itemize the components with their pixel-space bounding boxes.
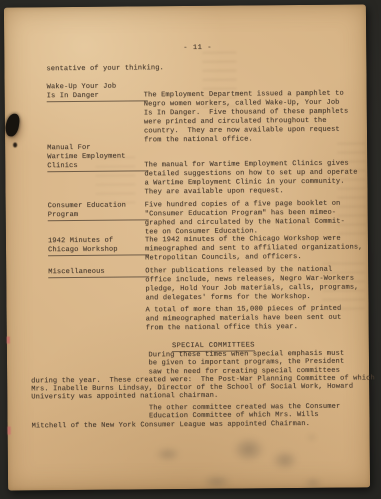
page-number: - 11 - xyxy=(183,44,212,52)
bleed-through-ghost-text xyxy=(202,52,237,112)
text-line: Is In Danger xyxy=(47,91,148,102)
bleed-through-ghost-text xyxy=(337,142,366,237)
smudge-mark xyxy=(266,446,304,474)
text-line: Miscellaneous xyxy=(48,267,149,278)
text-line: Program xyxy=(48,210,149,221)
smudge-mark xyxy=(226,431,272,467)
special-committees-paragraph-2: The other committee created was the Cons… xyxy=(31,403,340,431)
red-edge-mark xyxy=(8,427,11,435)
ink-stain xyxy=(4,113,20,138)
bleed-through-ghost-text xyxy=(322,262,364,310)
text-line: University was appointed national chairm… xyxy=(31,391,375,402)
smudge-mark xyxy=(150,444,186,464)
smudge-mark xyxy=(300,476,326,490)
smudge-mark xyxy=(196,472,238,492)
document-page: - 11 - sentative of your thinking. Wake-… xyxy=(4,4,370,490)
text-line: Chicago Workshop xyxy=(48,245,149,256)
text-line: Metropolitan Councils, and officers. xyxy=(145,252,363,263)
text-line: They are available upon request. xyxy=(144,187,357,198)
entry-heading-miscellaneous: Miscellaneous xyxy=(48,267,149,278)
ink-stain-dot xyxy=(13,142,17,147)
red-edge-mark xyxy=(7,337,10,344)
special-committees-paragraph-1: During these times when special emphasis… xyxy=(31,349,375,402)
totals-paragraph: A total of more than 15,000 pieces of pr… xyxy=(146,305,342,334)
entry-body-manual-for-wartime-employment-clinics: The manual for Wartime Employment Clinic… xyxy=(144,160,357,198)
text-line: from the national office. xyxy=(144,135,349,146)
bleed-through-ghost-text xyxy=(95,156,135,206)
scanner-background: - 11 - sentative of your thinking. Wake-… xyxy=(0,0,381,499)
entry-body-wake-up-your-job: The Employment Department issued a pamph… xyxy=(144,90,349,146)
entry-body-1942-minutes-of-chicago-workshop: The 1942 minutes of the Chicago Workshop… xyxy=(145,234,363,263)
entry-heading-wake-up-your-job: Wake-Up Your JobIs In Danger xyxy=(47,82,148,102)
text-line: from the national office this year. xyxy=(146,323,342,334)
entry-body-consumer-education-program: Five hundred copies of a five page bookl… xyxy=(145,200,345,238)
smudge-mark xyxy=(306,433,318,442)
entry-heading-1942-minutes-of-chicago-workshop: 1942 Minutes ofChicago Workshop xyxy=(48,236,149,256)
continuation-text: sentative of your thinking. xyxy=(46,64,164,73)
